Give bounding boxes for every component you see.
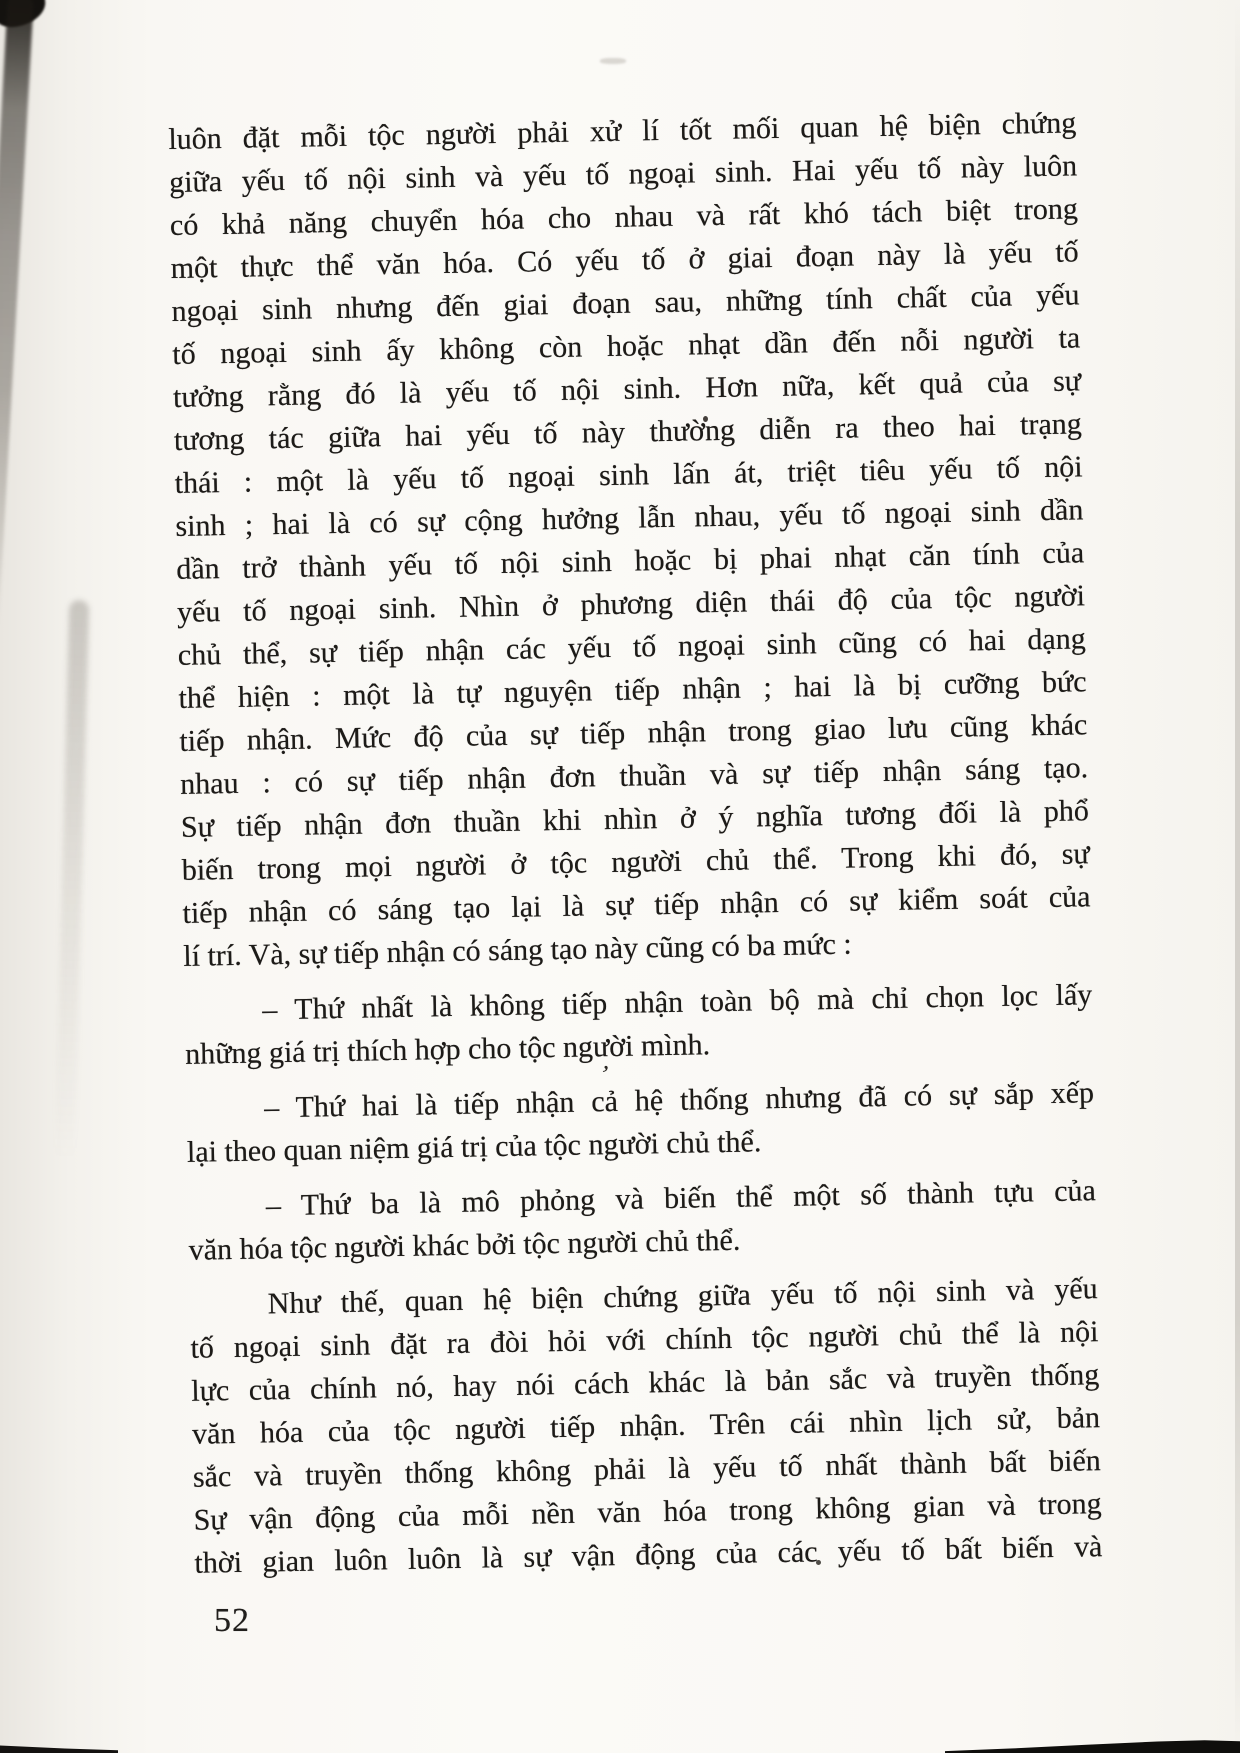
scanned-page: , luôn đặt mỗi tộc người phải xử lí tốt … — [0, 0, 1240, 1753]
scan-artifact-binding-streak-lower — [55, 600, 90, 1160]
scan-artifact-bottom-right-band — [945, 1738, 1240, 1753]
scan-artifact-right-edge-shadow — [1235, 0, 1240, 1753]
text-block: luôn đặt mỗi tộc người phải xử lí tốt mố… — [168, 101, 1103, 1584]
scan-artifact-top-left-corner — [0, 0, 48, 29]
page-number: 52 — [214, 1602, 250, 1640]
scan-artifact-speckle — [600, 58, 626, 64]
scan-artifact-bottom-left-wedge — [0, 1744, 118, 1753]
scan-artifact-binding-streak-upper — [0, 0, 34, 634]
